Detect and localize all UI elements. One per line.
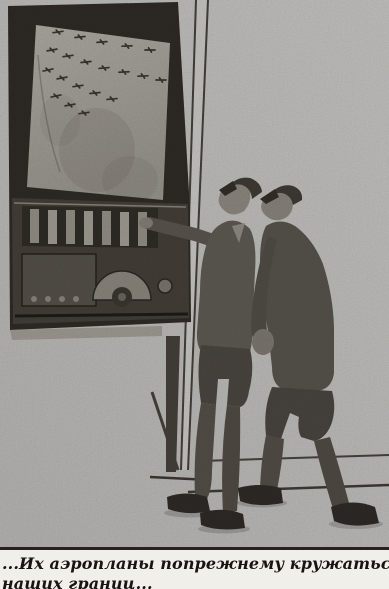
caption: ...Их аэропланы попрежнему кружаться око… (0, 550, 389, 589)
halftone-illustration (0, 0, 389, 550)
caption-line-2: наших границ... (2, 574, 383, 589)
caption-line-1: ...Их аэропланы попрежнему кружаться око… (2, 554, 383, 574)
scanned-page: ...Их аэропланы попрежнему кружаться око… (0, 0, 389, 589)
halftone-grain (0, 0, 389, 547)
illustration-canvas (0, 0, 389, 547)
